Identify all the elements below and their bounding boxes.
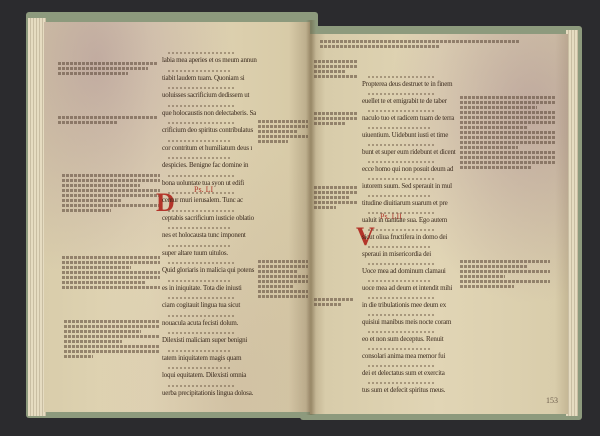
main-text-line: eo et non sum deceptus. Renuit <box>362 335 458 343</box>
interlinear-gloss <box>368 212 435 214</box>
interlinear-gloss <box>168 52 235 54</box>
main-text-line: despicies. Benigne fac domine in <box>162 161 254 169</box>
main-text-line: tiabit laudem tuam. Quoniam si <box>162 74 254 82</box>
interlinear-gloss <box>368 297 435 299</box>
left-page: Ps. LI D labia mea aperies et os meum an… <box>44 22 310 412</box>
main-text-line: ciam cogitauit lingua tua sicut <box>162 301 258 309</box>
main-text-line: crificium deo spiritus contribulatus <box>162 126 258 134</box>
interlinear-gloss <box>368 382 434 384</box>
main-text-line: sicut oliua fructifera in domo dei <box>362 233 456 241</box>
main-text-line: Uoce mea ad dominum clamaui <box>362 267 458 275</box>
interlinear-gloss <box>368 348 432 350</box>
interlinear-gloss <box>368 110 435 112</box>
left-margin-gloss <box>314 184 358 228</box>
main-text-line: super altare tuum uitulos. <box>162 249 250 257</box>
interlinear-gloss <box>168 192 234 194</box>
interlinear-gloss <box>368 76 435 78</box>
manuscript-photo: Ps. LI D labia mea aperies et os meum an… <box>0 0 600 436</box>
interlinear-gloss <box>168 227 231 229</box>
interlinear-gloss <box>368 127 432 129</box>
main-text-line: quisiui manibus meis nocte coram <box>362 318 456 326</box>
interlinear-gloss <box>368 161 434 163</box>
inner-margin-gloss <box>258 118 308 158</box>
interlinear-gloss <box>368 314 434 316</box>
interlinear-gloss <box>168 367 232 369</box>
interlinear-gloss <box>168 175 235 177</box>
main-text-line: dei et delectatus sum et exercita <box>362 369 458 377</box>
interlinear-gloss <box>168 70 232 72</box>
main-text-line: bunt et super eum ridebunt et dicent <box>362 148 458 156</box>
main-text-line: cor contritum et humiliatum deus non <box>162 144 252 152</box>
left-margin-gloss <box>62 254 160 314</box>
main-text-line: labia mea aperies et os meum annun <box>162 56 258 64</box>
interlinear-gloss <box>168 280 232 282</box>
main-text-line: ualuit in uanitate sua. Ego autem <box>362 216 458 224</box>
interlinear-gloss <box>168 315 234 317</box>
interlinear-gloss <box>368 263 435 265</box>
main-text-line: titudine diuitiarum suarum et pre <box>362 199 452 207</box>
main-text-line: que holocaustis non delectaberis. Sa <box>162 109 256 117</box>
main-text-line: consolari anima mea memor fui <box>362 352 454 360</box>
interlinear-gloss <box>368 280 431 282</box>
main-text-line: in die tribulationis mee deum ex <box>362 301 458 309</box>
right-margin-gloss <box>460 258 550 318</box>
main-text-line: Quid gloriaris in malicia qui potens <box>162 266 258 274</box>
main-text-line: naculo tuo et radicem tuam de terra <box>362 114 458 122</box>
interlinear-gloss <box>168 210 235 212</box>
interlinear-gloss <box>168 332 235 334</box>
right-page: Ps. LII V 153 Propterea deus destruet te… <box>310 34 568 414</box>
interlinear-gloss <box>168 245 230 247</box>
main-text-line: es in iniquitate. Tota die iniusti <box>162 284 254 292</box>
interlinear-gloss <box>368 331 435 333</box>
interlinear-gloss <box>168 297 235 299</box>
main-text-line: uoluisses sacrificium dedissem ut <box>162 91 258 99</box>
main-text-line: ecce homo qui non posuit deum ad <box>362 165 456 173</box>
main-text-line: nes et holocausta tunc imponent <box>162 231 252 239</box>
left-margin-gloss <box>64 318 160 388</box>
interlinear-gloss <box>168 350 231 352</box>
interlinear-gloss <box>168 385 235 387</box>
main-text-line: iutorem suum. Sed sperauit in mul <box>362 182 458 190</box>
left-margin-gloss <box>58 60 158 100</box>
interlinear-gloss <box>168 140 231 142</box>
interlinear-gloss <box>368 246 432 248</box>
inner-margin-gloss <box>258 258 308 328</box>
top-margin-gloss <box>320 38 520 52</box>
interlinear-gloss <box>168 262 235 264</box>
interlinear-gloss <box>368 229 434 231</box>
interlinear-gloss <box>168 87 235 89</box>
interlinear-gloss <box>168 105 234 107</box>
interlinear-gloss <box>368 178 435 180</box>
main-text-line: loqui equitatem. Dilexisti omnia <box>162 371 254 379</box>
main-text-line: uiuentium. Uidebunt iusti et time <box>362 131 454 139</box>
interlinear-gloss <box>368 365 435 367</box>
main-text-line: speraui in misericordia dei <box>362 250 454 258</box>
main-text-line: euellet te et emigrabit te de taber <box>362 97 456 105</box>
gutter-shadow <box>306 20 316 415</box>
main-text-line: nouacula acuta fecisti dolum. <box>162 319 256 327</box>
right-margin-gloss <box>460 94 556 214</box>
interlinear-gloss <box>168 122 235 124</box>
main-text-line: ceptabis sacrificium iusticie oblatio <box>162 214 258 222</box>
main-text-line: bona uoluntate tua syon ut edifi <box>162 179 258 187</box>
main-text-line: uoce mea ad deum et intendit mihi <box>362 284 452 292</box>
main-text-line: Dilexisti maliciam super benigni <box>162 336 258 344</box>
interlinear-gloss <box>368 144 435 146</box>
folio-number: 153 <box>546 396 558 405</box>
interlinear-gloss <box>368 93 434 95</box>
main-text-line: tatem iniquitatem magis quam <box>162 354 252 362</box>
main-text-line: uerba precipitationis lingua dolosa. <box>162 389 258 397</box>
interlinear-gloss <box>368 195 431 197</box>
main-text-line: Propterea deus destruet te in finem <box>362 80 458 88</box>
left-margin-gloss <box>314 296 354 316</box>
left-margin-gloss <box>314 58 358 88</box>
main-text-line: centur muri ierusalem. Tunc ac <box>162 196 256 204</box>
left-margin-gloss <box>62 172 160 242</box>
left-margin-gloss <box>314 110 358 140</box>
main-text-line: tus sum et defecit spiritus meus. <box>362 386 456 394</box>
interlinear-gloss <box>168 157 232 159</box>
left-margin-gloss <box>58 114 158 134</box>
